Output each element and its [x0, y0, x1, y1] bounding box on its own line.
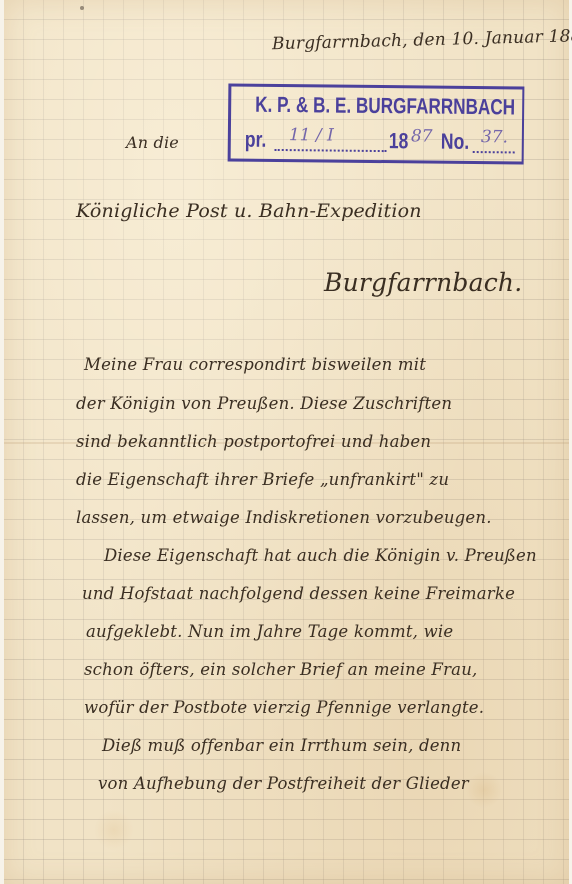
body-line: Dieß muß offenbar ein Irrthum sein, denn — [102, 736, 461, 755]
addressee: Königliche Post u. Bahn-Expedition — [76, 200, 422, 222]
stamp-dotted-line — [473, 151, 515, 153]
body-line: wofür der Postbote vierzig Pfennige verl… — [84, 698, 484, 717]
body-line: Diese Eigenschaft hat auch die Königin v… — [104, 546, 537, 565]
body-line: von Aufhebung der Postfreiheit der Glied… — [98, 774, 469, 793]
body-line: Meine Frau correspondirt bisweilen mit — [84, 355, 426, 374]
stamp-entry-row: pr. 11 / I 18 87 No. 37. — [245, 125, 515, 158]
body-line: aufgeklebt. Nun im Jahre Tage kommt, wie — [86, 622, 453, 641]
stamp-number-label: No. — [441, 129, 470, 155]
ink-speck — [80, 6, 84, 10]
receipt-stamp: K. P. & B. E. BURGFARRNBACH pr. 11 / I 1… — [228, 83, 525, 164]
place-name: Burgfarrnbach. — [324, 268, 522, 297]
body-line: und Hofstaat nachfolgend dessen keine Fr… — [82, 584, 515, 603]
body-line: der Königin von Preußen. Diese Zuschrift… — [76, 394, 452, 413]
stamp-number-value: 37. — [481, 127, 508, 147]
body-line: sind bekanntlich postportofrei und haben — [76, 432, 431, 451]
stamp-year-suffix: 87 — [411, 126, 433, 146]
body-line: schon öfters, ein solcher Brief an meine… — [84, 660, 477, 679]
stamp-year-prefix: 18 — [389, 128, 409, 154]
letter-sheet: Burgfarrnbach, den 10. Januar 1887. K. P… — [4, 0, 569, 884]
stamp-dotted-line — [275, 149, 387, 152]
body-line: die Eigenschaft ihrer Briefe „unfrankirt… — [76, 470, 449, 489]
stamp-title: K. P. & B. E. BURGFARRNBACH — [255, 92, 515, 121]
dateline: Burgfarrnbach, den 10. Januar 1887. — [272, 26, 572, 55]
salutation: An die — [126, 133, 179, 152]
body-line: lassen, um etwaige Indiskretionen vorzub… — [76, 508, 492, 527]
stamp-pr-label: pr. — [245, 127, 267, 153]
stamp-pr-value: 11 / I — [289, 125, 334, 145]
